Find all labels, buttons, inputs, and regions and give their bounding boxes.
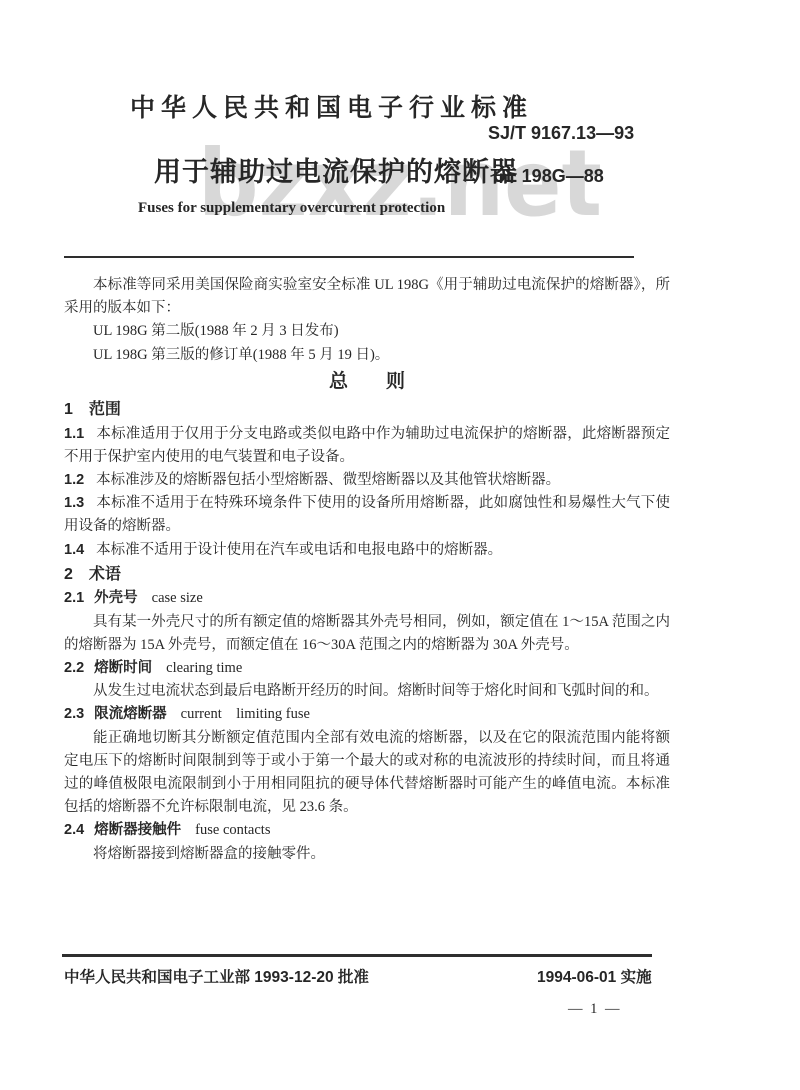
term-name-zh: 限流熔断器 — [94, 706, 167, 722]
document-title-zh: 用于辅助过电流保护的熔断器 — [154, 150, 518, 189]
clause-number: 1.4 — [64, 542, 84, 558]
clause-number: 1.1 — [64, 426, 84, 442]
term-name-zh: 熔断时间 — [94, 660, 152, 676]
term-number: 2.1 — [64, 590, 84, 606]
section-1-scope-heading: 1 范围 — [64, 397, 670, 423]
term-2-4-definition: 将熔断器接到熔断器盒的接触零件。 — [64, 843, 670, 866]
implementation-date: 1994-06-01 实施 — [537, 965, 652, 987]
clause-number: 1.3 — [64, 495, 84, 511]
page-number: — 1 — — [568, 1001, 622, 1018]
section-2-terms-heading: 2 术语 — [64, 562, 670, 588]
clause-1-4: 1.4本标准不适用于设计使用在汽车或电话和电报电路中的熔断器。 — [64, 539, 670, 562]
edition-line-1: UL 198G 第二版(1988 年 2 月 3 日发布) — [64, 320, 670, 343]
term-name-zh: 熔断器接触件 — [94, 822, 181, 838]
term-2-3-definition: 能正确地切断其分断额定值范围内全部有效电流的熔断器，以及在它的限流范围内能将额定… — [64, 727, 670, 820]
term-2-1-heading: 2.1外壳号case size — [64, 587, 670, 610]
ul-reference-number: UL 198G—88 — [493, 166, 604, 187]
term-name-en: case size — [152, 590, 203, 606]
edition-line-2: UL 198G 第三版的修订单(1988 年 5 月 19 日)。 — [64, 344, 670, 367]
clause-1-1: 1.1本标准适用于仅用于分支电路或类似电路中作为辅助过电流保护的熔断器，此熔断器… — [64, 423, 670, 469]
header-divider-line — [64, 256, 634, 258]
term-2-3-heading: 2.3限流熔断器current limiting fuse — [64, 703, 670, 726]
term-number: 2.3 — [64, 706, 84, 722]
clause-number: 1.2 — [64, 472, 84, 488]
term-2-1-definition: 具有某一外壳尺寸的所有额定值的熔断器其外壳号相同，例如，额定值在 1～15A 范… — [64, 611, 670, 657]
approval-statement: 中华人民共和国电子工业部 1993-12-20 批准 — [64, 965, 369, 987]
clause-1-3: 1.3本标准不适用于在特殊环境条件下使用的设备所用熔断器，此如腐蚀性和易爆性大气… — [64, 492, 670, 538]
term-name-zh: 外壳号 — [94, 590, 138, 606]
clause-text: 本标准涉及的熔断器包括小型熔断器、微型熔断器以及其他管状熔断器。 — [96, 472, 560, 488]
term-name-en: fuse contacts — [195, 822, 270, 838]
term-2-4-heading: 2.4熔断器接触件fuse contacts — [64, 819, 670, 842]
clause-text: 本标准适用于仅用于分支电路或类似电路中作为辅助过电流保护的熔断器，此熔断器预定不… — [64, 426, 670, 465]
intro-paragraph: 本标准等同采用美国保险商实验室安全标准 UL 198G《用于辅助过电流保护的熔断… — [64, 274, 670, 320]
document-title-en: Fuses for supplementary overcurrent prot… — [138, 200, 445, 217]
standard-org-title: 中华人民共和国电子行业标准 — [130, 88, 533, 124]
document-body: 本标准等同采用美国保险商实验室安全标准 UL 198G《用于辅助过电流保护的熔断… — [64, 274, 670, 866]
term-2-2-definition: 从发生过电流状态到最后电路断开经历的时间。熔断时间等于熔化时间和飞弧时间的和。 — [64, 680, 670, 703]
clause-text: 本标准不适用于在特殊环境条件下使用的设备所用熔断器，此如腐蚀性和易爆性大气下使用… — [64, 495, 670, 534]
standard-number: SJ/T 9167.13—93 — [488, 123, 634, 144]
term-name-en: current limiting fuse — [181, 706, 310, 722]
footer-divider-line — [62, 954, 652, 957]
term-2-2-heading: 2.2熔断时间clearing time — [64, 657, 670, 680]
document-page: bzxz.net 中华人民共和国电子行业标准 SJ/T 9167.13—93 用… — [0, 0, 800, 1090]
term-name-en: clearing time — [166, 660, 242, 676]
term-number: 2.2 — [64, 660, 84, 676]
clause-text: 本标准不适用于设计使用在汽车或电话和电报电路中的熔断器。 — [96, 542, 502, 558]
clause-1-2: 1.2本标准涉及的熔断器包括小型熔断器、微型熔断器以及其他管状熔断器。 — [64, 469, 670, 492]
term-number: 2.4 — [64, 822, 84, 838]
general-provisions-heading: 总 则 — [64, 367, 670, 397]
